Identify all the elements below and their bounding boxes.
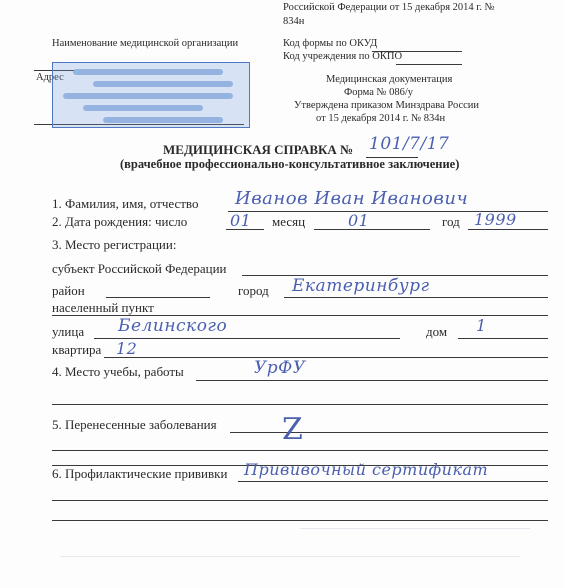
apartment-label: квартира bbox=[52, 342, 101, 358]
dob-day: 01 bbox=[230, 211, 251, 230]
diseases-label: 5. Перенесенные заболевания bbox=[52, 417, 217, 433]
work-value: УрФУ bbox=[254, 358, 306, 378]
fio-value: Иванов Иван Иванович bbox=[235, 188, 468, 209]
district-line bbox=[106, 297, 210, 298]
okpo-label: Код учреждения по ОКПО bbox=[283, 51, 402, 62]
diseases-line bbox=[230, 432, 548, 433]
street-line bbox=[94, 338, 400, 339]
work-label: 4. Место учебы, работы bbox=[52, 364, 184, 380]
certificate-title: МЕДИЦИНСКАЯ СПРАВКА № bbox=[163, 142, 353, 158]
org-name-label: Наименование медицинской организации bbox=[52, 38, 238, 49]
house-value: 1 bbox=[476, 316, 487, 335]
vaccines-value: Прививочный сертификат bbox=[244, 460, 488, 479]
bleed-through-line bbox=[300, 528, 530, 529]
subject-label: субъект Российской Федерации bbox=[52, 261, 227, 277]
bleed-through-line bbox=[60, 556, 520, 557]
dob-label: 2. Дата рождения: число bbox=[52, 214, 187, 230]
vaccines-line-3 bbox=[52, 520, 548, 521]
form-number: Форма № 086/у bbox=[344, 87, 413, 98]
vaccines-line bbox=[238, 481, 548, 482]
year-label: год bbox=[442, 214, 460, 230]
city-value: Екатеринбург bbox=[292, 276, 430, 296]
dob-month: 01 bbox=[348, 211, 369, 230]
work-line-2 bbox=[52, 404, 548, 405]
apartment-line bbox=[104, 357, 548, 358]
certificate-number: 101/7/17 bbox=[369, 134, 449, 154]
city-line bbox=[284, 297, 548, 298]
fio-label: 1. Фамилия, имя, отчество bbox=[52, 196, 198, 212]
dob-year: 1999 bbox=[474, 210, 517, 229]
diseases-value: Z bbox=[282, 412, 303, 447]
diseases-line-2 bbox=[52, 450, 548, 451]
okud-label: Код формы по ОКУД bbox=[283, 38, 377, 49]
med-doc-label: Медицинская документация bbox=[326, 74, 452, 85]
vaccines-line-2 bbox=[52, 500, 548, 501]
vaccines-label: 6. Профилактические прививки bbox=[52, 466, 227, 482]
settlement-label: населенный пункт bbox=[52, 300, 154, 316]
district-label: район bbox=[52, 283, 85, 299]
blurred-stamp bbox=[52, 62, 250, 128]
certificate-subtitle: (врачебное профессионально-консультативн… bbox=[120, 157, 459, 172]
approved-date: от 15 декабря 2014 г. № 834н bbox=[316, 113, 445, 124]
work-line bbox=[196, 380, 548, 381]
decree-line-2: 834н bbox=[283, 16, 304, 27]
okpo-line bbox=[396, 64, 462, 65]
city-label: город bbox=[238, 283, 269, 299]
month-label: месяц bbox=[272, 214, 305, 230]
registration-label: 3. Место регистрации: bbox=[52, 237, 176, 253]
street-value: Белинского bbox=[118, 316, 227, 336]
house-label: дом bbox=[426, 324, 447, 340]
dob-year-line bbox=[468, 229, 548, 230]
dob-month-line bbox=[314, 229, 430, 230]
house-line bbox=[458, 338, 548, 339]
apartment-value: 12 bbox=[116, 339, 137, 358]
street-label: улица bbox=[52, 324, 84, 340]
decree-line-1: Российской Федерации от 15 декабря 2014 … bbox=[283, 2, 495, 13]
approved-text: Утверждена приказом Минздрава России bbox=[294, 100, 479, 111]
